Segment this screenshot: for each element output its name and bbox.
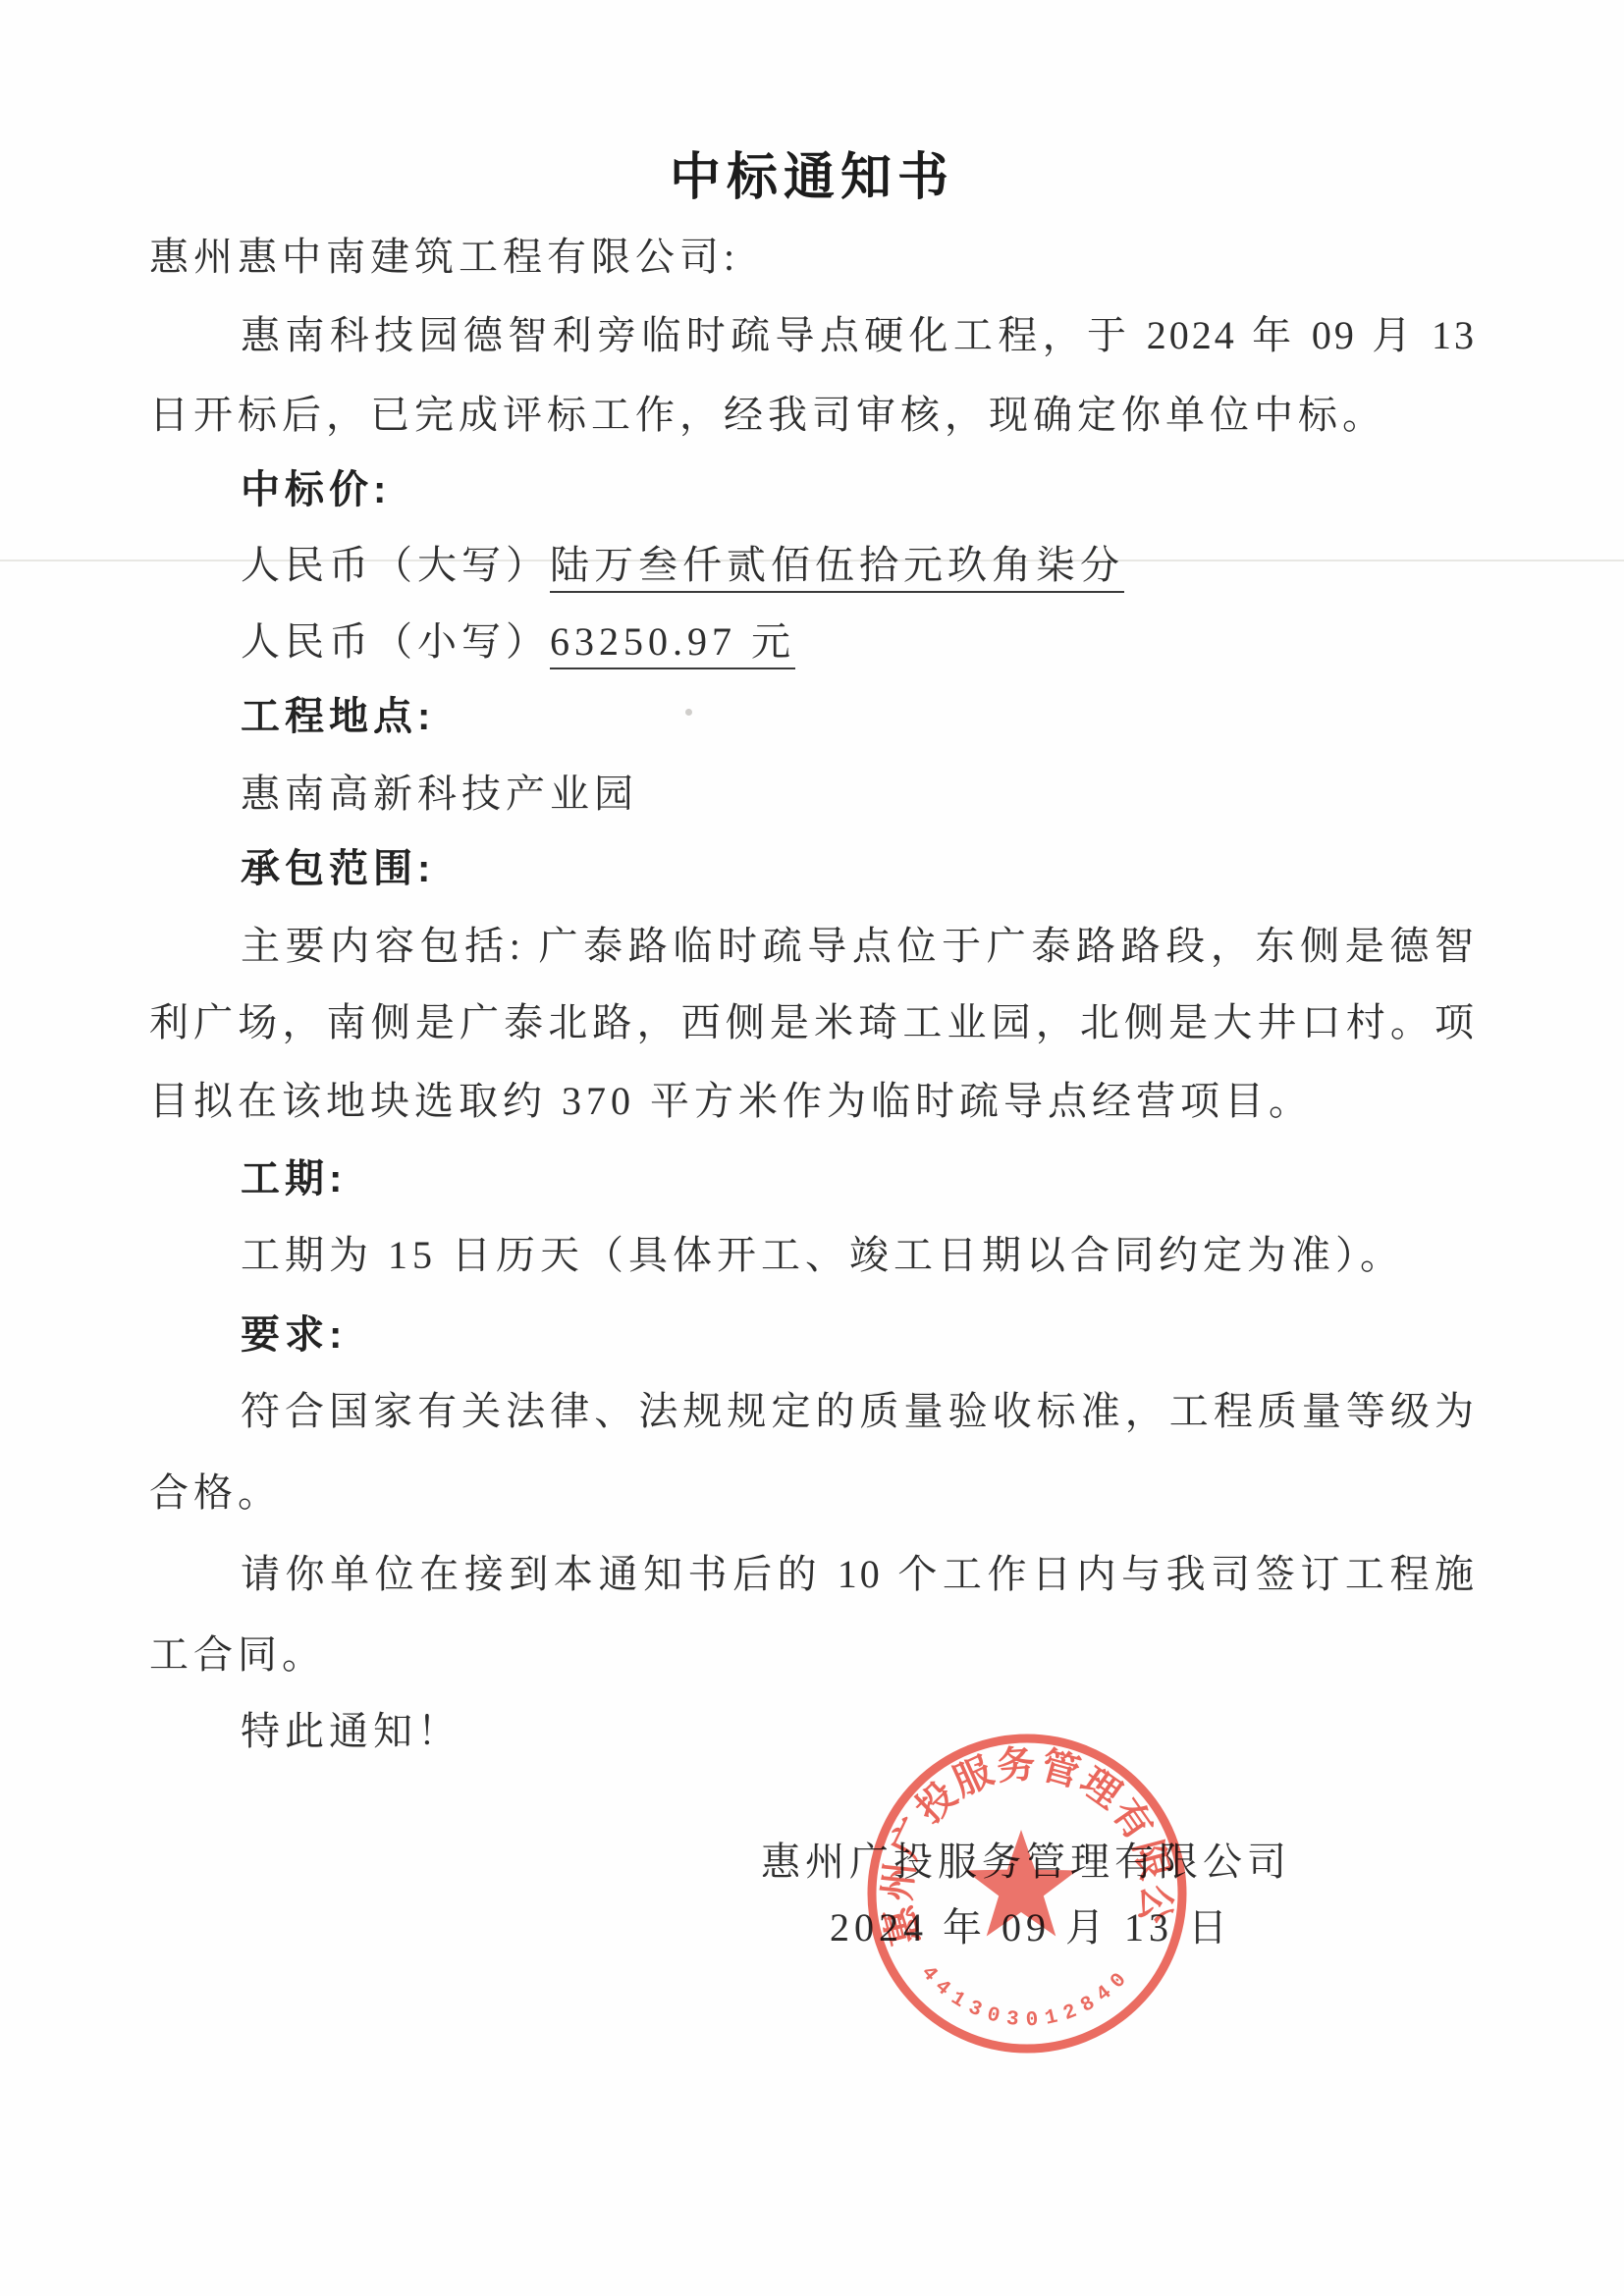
text-segment: 利广场，南侧是广泰北路，西侧是米琦工业园，北侧是大井口村。项: [149, 1000, 1477, 1044]
underlined-value: 63250.97 元: [550, 619, 795, 669]
text-segment: 工期:: [241, 1157, 347, 1201]
requirements-heading: 要求:: [241, 1312, 1477, 1359]
requirements-line-1: 符合国家有关法律、法规规定的质量验收标准，工程质量等级为: [241, 1388, 1477, 1434]
text-segment: 人民币（小写）: [241, 619, 550, 664]
text-segment: 工合同。: [149, 1632, 326, 1677]
award-price-heading: 中标价:: [241, 467, 1477, 513]
text-segment: 工程地点:: [241, 695, 435, 738]
price-in-words: 人民币（大写）陆万叁仟贰佰伍拾元玖角柒分: [241, 542, 1477, 588]
duration-heading: 工期:: [241, 1156, 1477, 1202]
text-segment: 合格。: [149, 1470, 282, 1515]
location-value: 惠南高新科技产业园: [241, 771, 1477, 817]
location-heading: 工程地点:: [241, 694, 1477, 740]
text-segment: 中标价:: [241, 468, 391, 511]
scope-line-1: 主要内容包括: 广泰路临时疏导点位于广泰路路段，东侧是德智: [241, 923, 1477, 969]
text-segment: 承包范围:: [241, 847, 435, 890]
scope-line-3: 目拟在该地块选取约 370 平方米作为临时疏导点经营项目。: [149, 1078, 1477, 1124]
price-in-figures: 人民币（小写）63250.97 元: [241, 618, 1477, 665]
recipient-line: 惠州惠中南建筑工程有限公司:: [149, 234, 1477, 280]
scope-line-2: 利广场，南侧是广泰北路，西侧是米琦工业园，北侧是大井口村。项: [149, 999, 1477, 1045]
intro-line-2: 日开标后，已完成评标工作，经我司审核，现确定你单位中标。: [149, 392, 1477, 438]
text-segment: 主要内容包括: 广泰路临时疏导点位于广泰路路段，东侧是德智: [241, 924, 1477, 968]
text-segment: 日开标后，已完成评标工作，经我司审核，现确定你单位中标。: [149, 393, 1386, 437]
signing-line-2: 工合同。: [149, 1631, 1477, 1678]
document-page: 中标通知书 惠州惠中南建筑工程有限公司:惠南科技园德智利旁临时疏导点硬化工程，于…: [0, 0, 1624, 2296]
scope-heading: 承包范围:: [241, 846, 1477, 892]
requirements-line-2: 合格。: [149, 1469, 1477, 1516]
text-segment: 要求:: [241, 1313, 347, 1357]
text-segment: 惠南高新科技产业园: [241, 772, 638, 816]
text-segment: 工期为 15 日历天（具体开工、竣工日期以合同约定为准）。: [241, 1233, 1404, 1277]
intro-line-1: 惠南科技园德智利旁临时疏导点硬化工程，于 2024 年 09 月 13: [241, 312, 1477, 358]
text-segment: 符合国家有关法律、法规规定的质量验收标准，工程质量等级为: [241, 1389, 1477, 1433]
signing-line-1: 请你单位在接到本通知书后的 10 个工作日内与我司签订工程施: [241, 1551, 1477, 1597]
page-title: 中标通知书: [0, 135, 1624, 209]
text-segment: 请你单位在接到本通知书后的 10 个工作日内与我司签订工程施: [241, 1552, 1477, 1596]
text-segment: 人民币（大写）: [241, 543, 550, 587]
text-segment: 惠南科技园德智利旁临时疏导点硬化工程，于 2024 年 09 月 13: [241, 313, 1477, 357]
text-segment: 特此通知！: [241, 1709, 461, 1753]
duration-value: 工期为 15 日历天（具体开工、竣工日期以合同约定为准）。: [241, 1232, 1477, 1278]
underlined-value: 陆万叁仟贰佰伍拾元玖角柒分: [550, 543, 1124, 593]
company-seal-stamp: 惠州广投服务管理有限公司 4413030128407: [854, 1718, 1208, 2071]
seal-star-icon: [965, 1830, 1077, 1937]
text-segment: 惠州惠中南建筑工程有限公司:: [149, 235, 739, 279]
text-segment: 目拟在该地块选取约 370 平方米作为临时疏导点经营项目。: [149, 1079, 1313, 1123]
